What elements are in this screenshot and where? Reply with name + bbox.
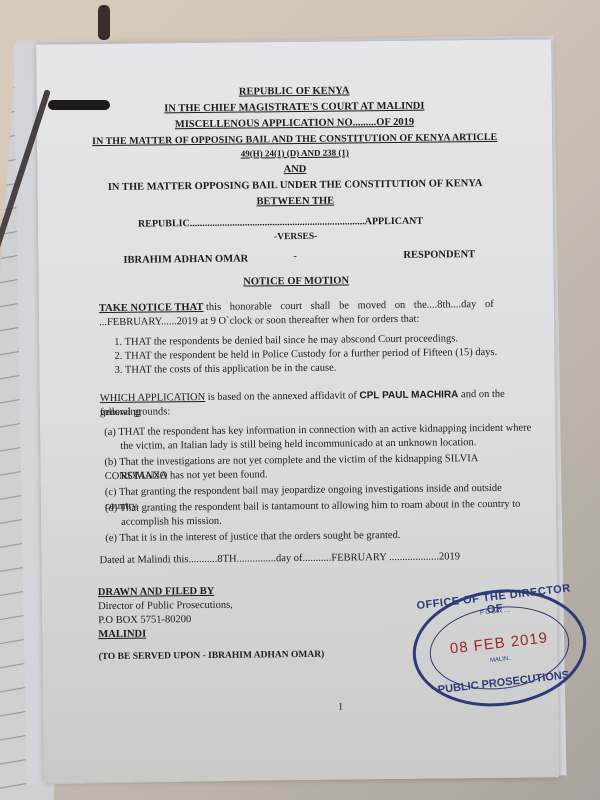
header-and: AND — [37, 161, 552, 177]
filed-title-text: DRAWN AND FILED BY — [98, 586, 214, 598]
notice-text-1: this honorable court shall be moved on t… — [206, 299, 494, 313]
application-lead: WHICH APPLICATION — [100, 392, 205, 404]
respondent-label: RESPONDENT — [403, 248, 535, 263]
document-content: REPUBLIC OF KENYA IN THE CHIEF MAGISTRAT… — [36, 39, 559, 782]
header-articles: 49(H) 24(1) (d) AND 238 (1) — [37, 145, 552, 160]
notice-title: NOTICE OF MOTION — [39, 273, 554, 289]
notice-lead: TAKE NOTICE THAT — [99, 302, 204, 314]
header-republic: REPUBLIC OF KENYA — [37, 83, 552, 99]
header-matter-2: IN THE MATTER OPPOSING BAIL UNDER THE CO… — [38, 177, 553, 193]
binding-knot — [48, 100, 110, 110]
applicant-line: REPUBLIC................................… — [138, 214, 535, 232]
dated-line: Dated at Malindi this...........8TH.....… — [99, 549, 538, 568]
verses: -VERSES- — [38, 229, 553, 244]
order-3: 3. THAT the costs of this application be… — [114, 360, 534, 378]
header-court: IN THE CHIEF MAGISTRATE'S COURT AT MALIN… — [37, 99, 552, 115]
ground-e: (e) That it is in the interest of justic… — [105, 527, 538, 546]
ground-d-2: accomplish his mission. — [121, 511, 538, 529]
court-document-page: REPUBLIC OF KENYA IN THE CHIEF MAGISTRAT… — [36, 39, 559, 782]
nail — [98, 5, 110, 40]
ground-a-2: the victim, an Italian lady is still bei… — [120, 435, 537, 453]
filed-town: MALINDI — [98, 629, 146, 641]
application-text-a: is based on the annexed affidavit of — [205, 390, 359, 403]
header-between: BETWEEN THE — [38, 193, 553, 209]
affiant-name: CPL PAUL MACHIRA — [359, 389, 458, 401]
page-number: 1 — [338, 702, 343, 713]
header-application-no: MISCELLENOUS APPLICATION NO.........OF 2… — [37, 115, 552, 131]
ground-b-2: ROMANO has not yet been found. — [121, 465, 538, 483]
